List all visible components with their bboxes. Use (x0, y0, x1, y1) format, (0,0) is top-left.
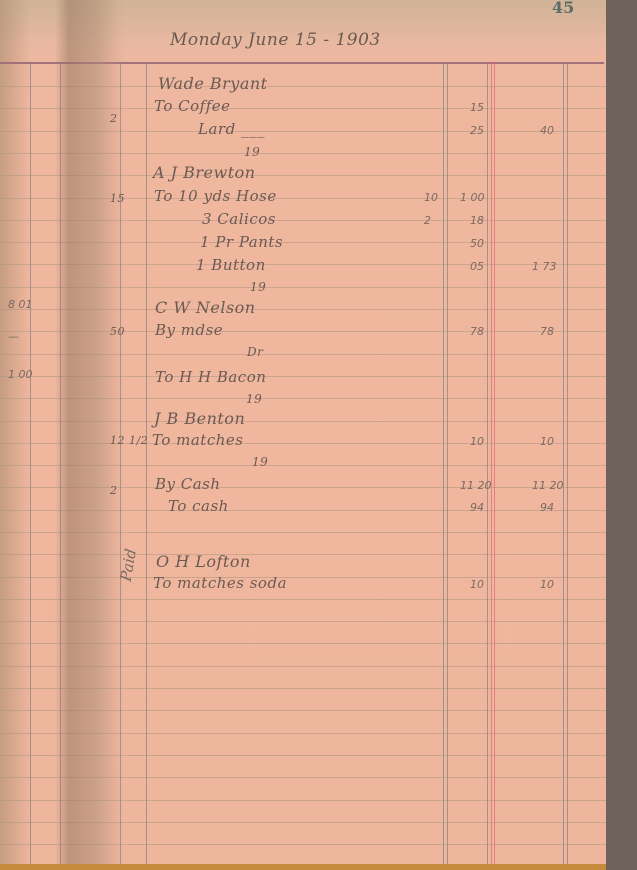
total-value: 10 (540, 578, 554, 591)
entry-line-name: A J Brewton (153, 163, 256, 182)
entry-line-tally: 19 (246, 392, 262, 406)
margin-figure: — (8, 330, 19, 343)
total-value: 40 (540, 124, 554, 137)
entry-marker: 50 (110, 325, 125, 338)
entry-line-item: To H H Bacon (155, 368, 266, 386)
amount-value: 10 (470, 435, 484, 448)
entry-line-item: 3 Calicos (202, 210, 276, 228)
entry-line-name: Wade Bryant (158, 74, 268, 93)
scanner-background (606, 0, 637, 870)
amount-value: 15 (470, 101, 484, 114)
qty-column-line (447, 62, 448, 866)
entry-marker: 2 (110, 484, 118, 497)
entry-line-item: To matches soda (153, 574, 287, 592)
amount-column-line (487, 62, 488, 866)
entry-line-item: Lard ___ (198, 120, 265, 138)
entry-line-tally: 19 (250, 280, 266, 294)
amount-value: 94 (470, 501, 484, 514)
page-number: 45 (552, 0, 574, 17)
amount-value: 25 (470, 124, 484, 137)
entry-line-item: By Cash (155, 475, 221, 493)
amount-value: 05 (470, 260, 484, 273)
page-bottom-edge (0, 864, 606, 870)
amount-value: 18 (470, 214, 484, 227)
margin-figure: 1 00 (8, 368, 33, 381)
total-column-line (563, 62, 564, 866)
total-value: 1 73 (532, 260, 557, 273)
date-header: Monday June 15 - 1903 (170, 30, 381, 50)
entry-marker: 12 1/2 (110, 434, 148, 447)
entry-line-item: To Coffee (154, 97, 231, 115)
entry-line-name: C W Nelson (155, 298, 256, 317)
entry-line-item: To 10 yds Hose (154, 187, 277, 205)
qty-column-line (443, 62, 444, 866)
amount-value: 10 (470, 578, 484, 591)
qty-value: 2 (424, 214, 431, 227)
amount-red-rule (494, 62, 495, 866)
amount-value: 50 (470, 237, 484, 250)
left-page-column-line (30, 62, 31, 866)
ledger-scan: 45 Monday June 15 - 1903 8 01—1 00 2Wade… (0, 0, 637, 870)
total-value: 10 (540, 435, 554, 448)
entry-line-name: O H Lofton (156, 552, 251, 571)
entry-line-item: 1 Pr Pants (200, 233, 283, 251)
margin-figure: 8 01 (8, 298, 33, 311)
entry-line-item: By mdse (155, 321, 223, 339)
qty-value: 10 (424, 191, 438, 204)
entry-line-name: J B Benton (154, 409, 245, 428)
entry-marker: 15 (110, 192, 125, 205)
amount-red-rule (491, 62, 492, 866)
entry-line-item: To matches (152, 431, 243, 449)
entry-line-item: 1 Button (196, 256, 266, 274)
entry-marker: 2 (110, 112, 118, 125)
entry-line-tally: 19 (252, 455, 268, 469)
entry-line-tally: 19 (244, 145, 260, 159)
entry-line-tally: Dr (247, 345, 263, 359)
total-column-line (567, 62, 568, 866)
amount-value: 78 (470, 325, 484, 338)
total-value: 78 (540, 325, 554, 338)
total-value: 94 (540, 501, 554, 514)
entry-line-item: To cash (168, 497, 229, 515)
amount-value: 11 20 (460, 479, 492, 492)
margin-column-line (146, 62, 147, 866)
total-value: 11 20 (532, 479, 564, 492)
amount-value: 1 00 (460, 191, 485, 204)
